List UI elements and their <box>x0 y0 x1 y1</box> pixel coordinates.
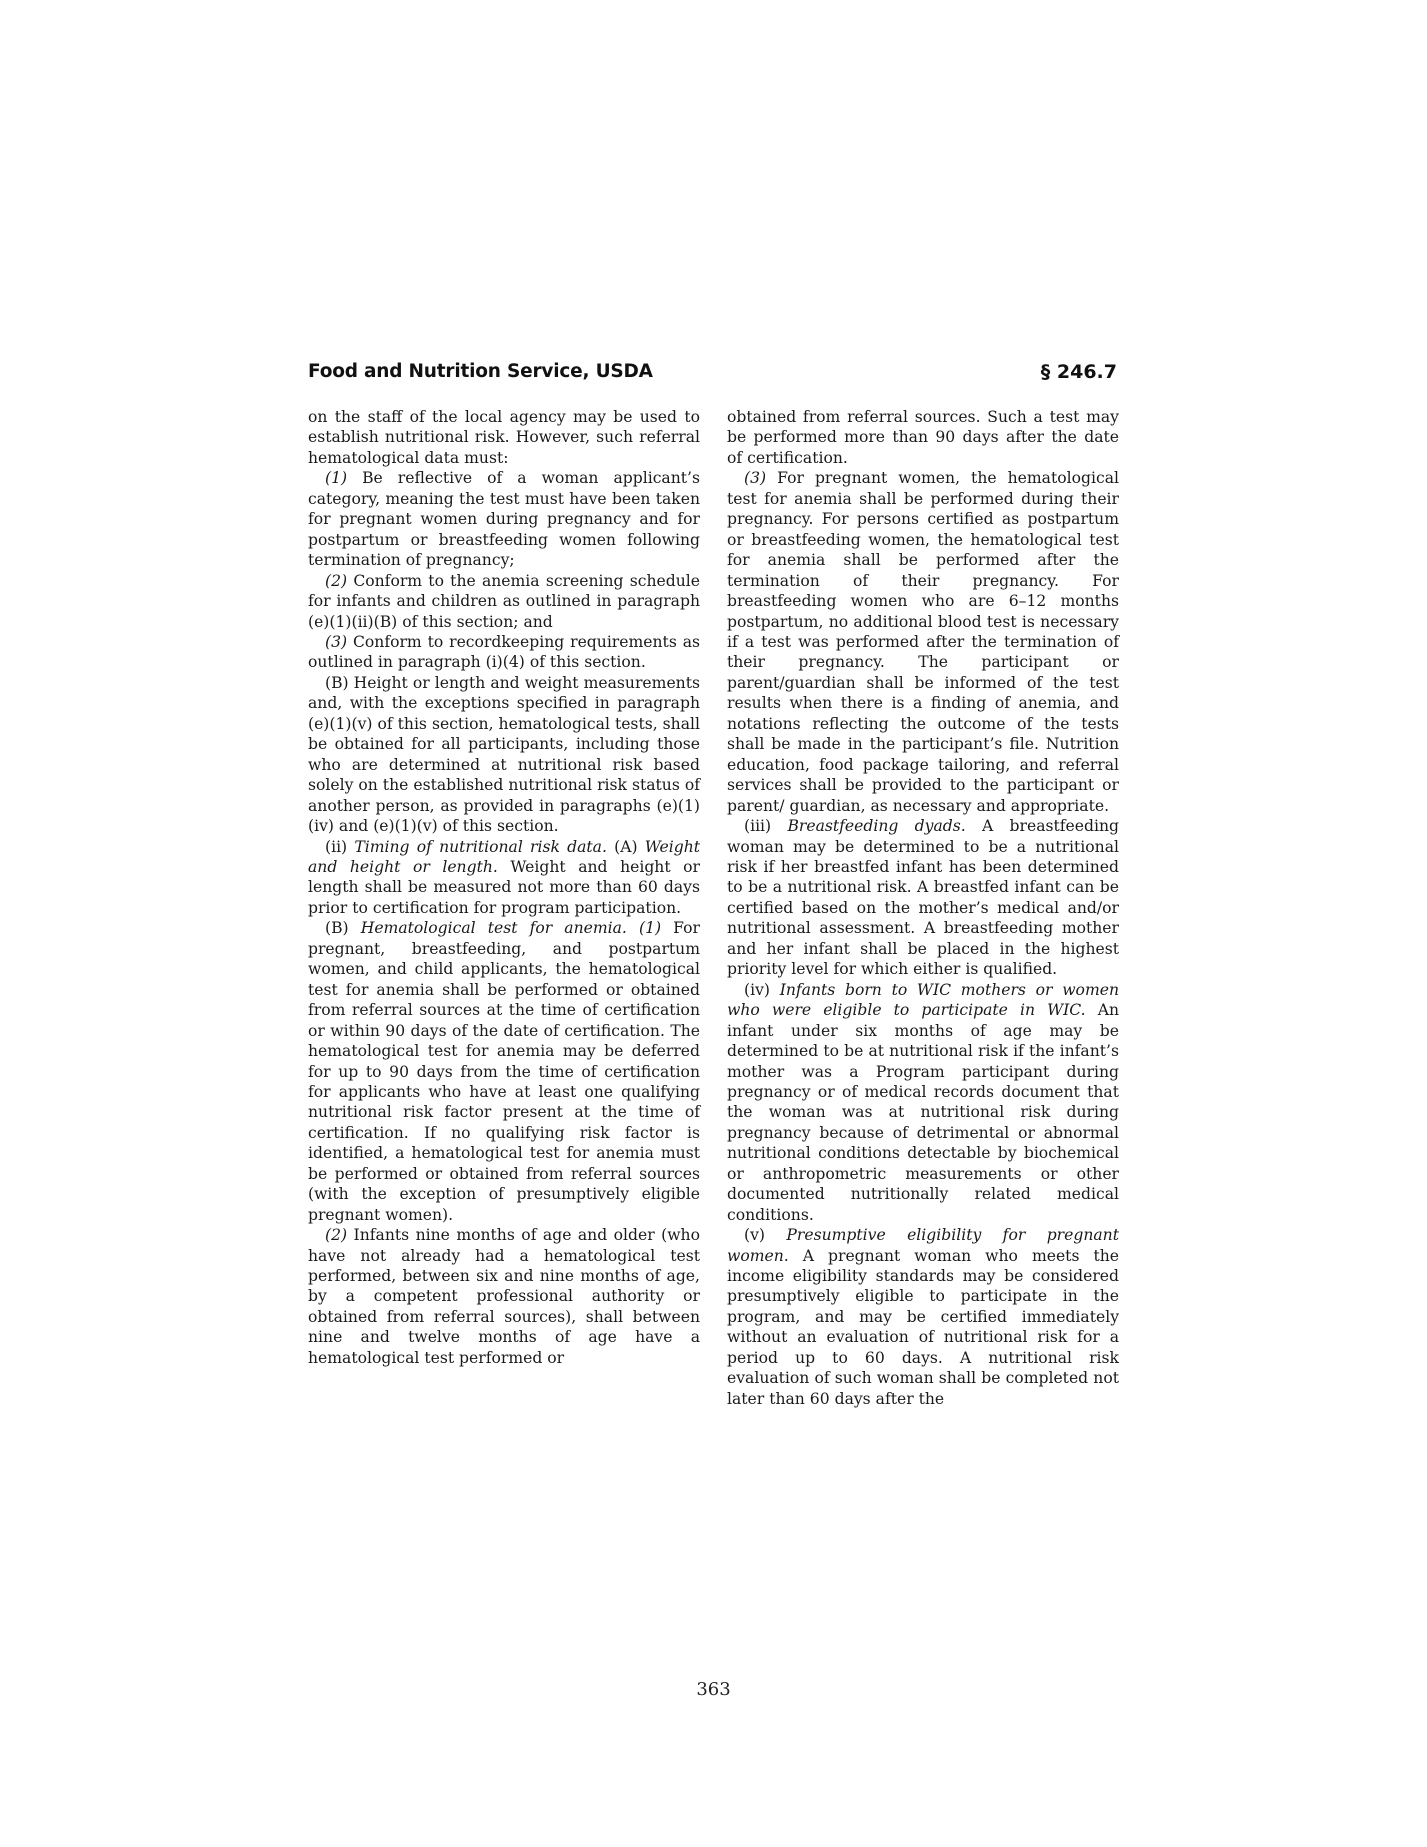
paragraph-text: A pregnant woman who meets the income el… <box>727 1247 1119 1408</box>
paragraph-text: obtained from referral sources. Such a t… <box>727 408 1119 467</box>
paragraph-heading: Timing of nutritional risk data. <box>354 838 607 856</box>
paragraph-text: Conform to the anemia screening schedule… <box>308 572 700 631</box>
paragraph: (2) Infants nine months of age and older… <box>308 1225 700 1368</box>
paragraph: (ii) Timing of nutritional risk data. (A… <box>308 837 700 919</box>
right-column: obtained from referral sources. Such a t… <box>727 407 1119 1409</box>
paragraph: (3) Conform to recordkeeping requirement… <box>308 632 700 673</box>
paragraph: on the staff of the local agency may be … <box>308 407 700 468</box>
paragraph: obtained from referral sources. Such a t… <box>727 407 1119 468</box>
paragraph-number: (3) <box>325 633 347 651</box>
running-header-agency: Food and Nutrition Service, USDA <box>308 361 653 382</box>
paragraph-text: on the staff of the local agency may be … <box>308 408 700 467</box>
paragraph-heading: Breastfeeding dyads. <box>787 817 965 835</box>
paragraph-number: (A) <box>607 838 645 856</box>
paragraph-number: (1) <box>627 919 661 937</box>
page-number: 363 <box>0 1679 1427 1700</box>
paragraph-text: Infants nine months of age and older (wh… <box>308 1226 700 1367</box>
paragraph-text: Conform to recordkeeping requirements as… <box>308 633 700 671</box>
paragraph-number: (v) <box>744 1226 786 1244</box>
paragraph-text: Be reflective of a woman applicant’s cat… <box>308 469 700 569</box>
paragraph: (B) Height or length and weight measurem… <box>308 673 700 837</box>
paragraph-number: (3) <box>744 469 766 487</box>
paragraph-number: (B) <box>325 919 361 937</box>
paragraph-number: (2) <box>325 1226 347 1244</box>
paragraph-heading: Infants born to WIC mothers or women who… <box>727 981 1119 1019</box>
paragraph-number: (1) <box>325 469 347 487</box>
paragraph-heading: Hematological test for anemia. <box>361 919 627 937</box>
paragraph: (iv) Infants born to WIC mothers or wome… <box>727 980 1119 1225</box>
paragraph-number: (2) <box>325 572 347 590</box>
paragraph-number: (iii) <box>744 817 787 835</box>
paragraph-number: (iv) <box>744 981 780 999</box>
paragraph: (iii) Breastfeeding dyads. A breastfeedi… <box>727 816 1119 980</box>
left-column: on the staff of the local agency may be … <box>308 407 700 1368</box>
running-header-section: § 246.7 <box>1041 361 1117 383</box>
paragraph-text: (B) Height or length and weight measurem… <box>308 674 700 835</box>
paragraph-text: For pregnant women, the hematological te… <box>727 469 1119 814</box>
paragraph: (3) For pregnant women, the hematologica… <box>727 468 1119 816</box>
paragraph-number: (ii) <box>325 838 354 856</box>
paragraph-text: A breastfeeding woman may be determined … <box>727 817 1119 978</box>
paragraph-text: For pregnant, breastfeeding, and postpar… <box>308 919 700 1223</box>
paragraph: (v) Presumptive eligibility for pregnant… <box>727 1225 1119 1409</box>
paragraph: (1) Be reflective of a woman applicant’s… <box>308 468 700 570</box>
paragraph-text: An infant under six months of age may be… <box>727 1001 1119 1224</box>
paragraph: (B) Hematological test for anemia. (1) F… <box>308 918 700 1225</box>
paragraph: (2) Conform to the anemia screening sche… <box>308 571 700 632</box>
